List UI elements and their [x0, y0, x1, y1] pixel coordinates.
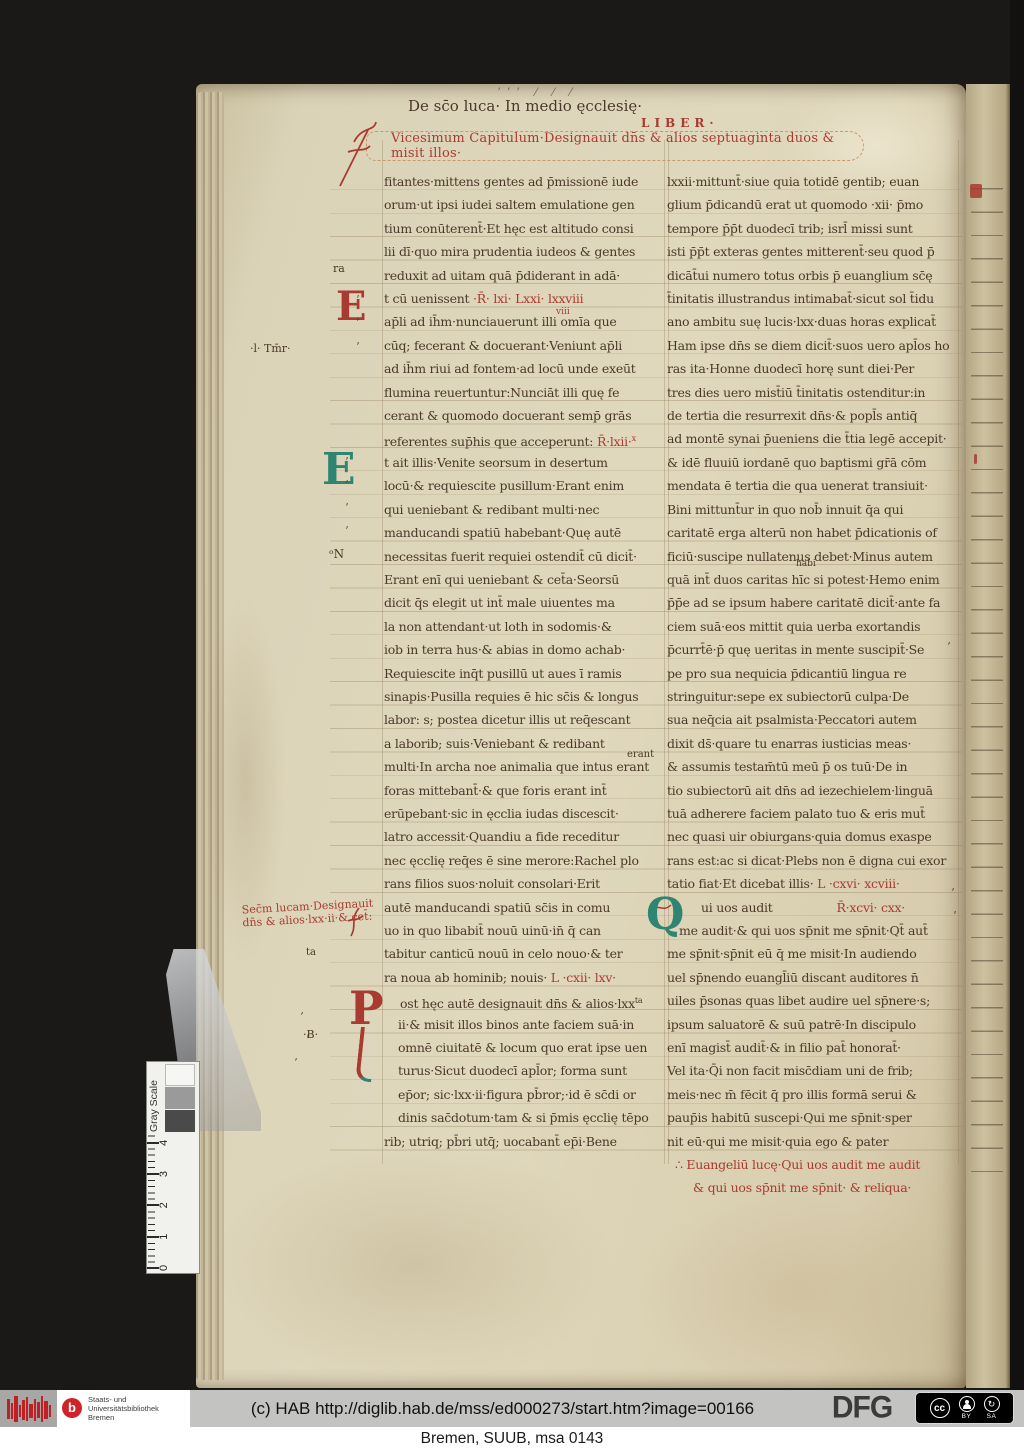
gray-patch-light: [165, 1064, 195, 1086]
footer-logo-bar: b Staats- und Universitätsbibliothek Bre…: [0, 1390, 1024, 1427]
manuscript-text-line: mendata ē tertia die qua uenerat transiu…: [667, 474, 959, 497]
manuscript-text-line: tio subiectorū ait dn̄s ad iezechielem·l…: [667, 779, 959, 802]
grayscale-reference-card: 01234 Gray Scale: [146, 1061, 200, 1274]
marginal-note: habi: [796, 558, 816, 571]
grayscale-card-wrap: 01234 Gray Scale: [146, 1061, 200, 1274]
adjacent-page-red-initial: [970, 184, 982, 198]
manuscript-text-line: lii dī·quo mira prudentia iudeos & gente…: [384, 240, 666, 263]
margin-citation-mark: ’: [345, 478, 349, 492]
library-name: Staats- und Universitätsbibliothek Breme…: [88, 1395, 159, 1422]
adjacent-page-text-fragments: [971, 170, 1003, 1174]
page-heading: De sc̄o luca· In medio ęcclesię·: [408, 97, 642, 115]
grayscale-patches: [165, 1063, 195, 1132]
manuscript-text-line: ad montē synai p̄ueniens die t̄tia legē …: [667, 427, 959, 450]
grayscale-label: Gray Scale: [148, 1080, 160, 1132]
manuscript-text-line: stringuitur:sepe ex subiectorū culpa·De: [667, 685, 959, 708]
manuscript-text-line: & assumis testam̄tū meū p̄ os tuū·De in: [667, 755, 959, 778]
cc-icon: cc: [930, 1398, 950, 1418]
cc-sa-label: SA: [987, 1413, 997, 1420]
manuscript-text-line: dicāt̄ui numero totus orbis p̄ euanglium…: [667, 264, 959, 287]
manuscript-text-line: nec quasi uir obiurgans·quia domus exasp…: [667, 825, 959, 848]
manuscript-text-line: fitantes·mittens gentes ad p̄missionē iu…: [384, 170, 666, 193]
digitized-manuscript-photo: ʼʼʼ ⁄ ⁄ ⁄ De sc̄o luca· In medio ęcclesi…: [0, 0, 1024, 1453]
manuscript-text-line: nec ęcclię req̄es ē sine merore:Rachel p…: [384, 849, 666, 872]
manuscript-text-line: Vel ita·Q̄i non facit misc̄diam uni de f…: [667, 1059, 959, 1082]
manuscript-text-line: sinapis·Pusilla requies ē hic sc̄is & lo…: [384, 685, 666, 708]
manuscript-text-line: t̄initatis illustrandus intimabat̄·sicut…: [667, 287, 959, 310]
margin-citation-mark: ’: [345, 501, 349, 515]
manuscript-text-line: lxxii·mittunt̄·siue quia totidē gentib; …: [667, 170, 959, 193]
manuscript-text-line: uel sp̄nendo euangl̄iū discant auditores…: [667, 966, 959, 989]
manuscript-text-line: ap̄li ad ih̄m·nunciauerunt illi omīa que: [384, 310, 666, 333]
manuscript-text-line: tatio fiat·Et dicebat illis· L ·cxvi· xc…: [667, 872, 959, 895]
manuscript-text-line: la non attendant·ut loth in sodomis·&: [384, 615, 666, 638]
manuscript-text-line: rans filios suos·noluit consolari·Erit: [384, 872, 666, 895]
manuscript-text-line: tres dies uero mist̄iū t̄initatis ostend…: [667, 381, 959, 404]
marginal-note: erant: [627, 748, 654, 761]
cc-by-label: BY: [962, 1413, 972, 1420]
text-column-left: fitantes·mittens gentes ad p̄missionē iu…: [384, 170, 666, 1153]
manuscript-text-line: isti p̄p̄t exteras gentes mitterent̄·seu…: [667, 240, 959, 263]
manuscript-text-line: cūq; fecerant & docuerant·Veniunt ap̄li: [384, 334, 666, 357]
manuscript-text-line: p̄currt̄ē·p̄ quę ueritas in mente suscip…: [667, 638, 959, 661]
manuscript-text-line: erūpebant·sic in ęcclia iudas discescit·: [384, 802, 666, 825]
manuscript-text-line: tuā adherere faciem palato tuo & eris mu…: [667, 802, 959, 825]
manuscript-text-line: Requiescite inq̄t pusillū ut aues ī rami…: [384, 662, 666, 685]
copyright-url-text: (c) HAB http://diglib.hab.de/mss/ed00027…: [195, 1390, 810, 1427]
gray-patch-mid: [165, 1087, 195, 1109]
manuscript-text-line: tium conūterent̄·Et hęc est altitudo con…: [384, 217, 666, 240]
illuminated-initial-q: Q: [646, 893, 684, 937]
manuscript-text-line: ano ambitu suę lucis·lxx·duas horas expl…: [667, 310, 959, 333]
manuscript-text-line: sua neq̄cia ait psalmista·Peccatori aute…: [667, 708, 959, 731]
manuscript-text-line: & idē fluuiū iordanē quo baptismi gr̄ā c…: [667, 451, 959, 474]
marginal-note: ᵒN: [329, 548, 344, 561]
margin-citation-mark: ’: [356, 293, 360, 307]
manuscript-text-line: ui uos auditR̄·xcvi· cxx·: [667, 896, 959, 919]
manuscript-text-line: ra noua ab hominib; nouis· L ·cxii· lxv·: [384, 966, 666, 989]
margin-citation-mark: ’: [356, 340, 360, 354]
marginal-note: viii: [556, 306, 570, 319]
manuscript-text-line: necessitas fuerit requiei ostendit̄ cū d…: [384, 545, 666, 568]
manuscript-text-line: rib; utriq; pb̄ri utq̄; uocabant̄ ep̄i·B…: [384, 1130, 666, 1153]
library-logo-box: b Staats- und Universitätsbibliothek Bre…: [57, 1390, 190, 1427]
manuscript-text-line: manducandi spatiū habebant·Quę autē: [384, 521, 666, 544]
chapter-rubric-banner: Vicesimum Capitulum·Designauit dn̄s & al…: [366, 131, 864, 161]
manuscript-text-line: enī magist̄ audit̄·& in filio pat̄ honor…: [667, 1036, 959, 1059]
adjacent-page-red-mark: [974, 454, 977, 464]
rubric-flourish-icon: [334, 118, 380, 190]
manuscript-text-line: latro accessit·Quandiu a fide receditur: [384, 825, 666, 848]
manuscript-text-line: orum·ut ipsi iudei saltem emulatione gen: [384, 193, 666, 216]
manuscript-text-line: foras mittebant̄·& que foris erant int̄: [384, 779, 666, 802]
manuscript-text-line: labor: s; postea dicetur illis ut req̄es…: [384, 708, 666, 731]
manuscript-text-line: turus·Sicut duodecī apl̄or; forma sunt: [384, 1059, 666, 1082]
manuscript-text-line: t ait illis·Venite seorsum in desertum: [384, 451, 666, 474]
manuscript-text-line: tabitur canticū nouū in celo nouo·& ter: [384, 942, 666, 965]
manuscript-text-line: paup̄is habitū suscepi·Qui me sp̄nit·spe…: [667, 1106, 959, 1129]
margin-citation-mark: ’: [345, 455, 349, 469]
library-name-line2: Universitätsbibliothek: [88, 1404, 159, 1413]
cc-sa-group: ↻ SA: [984, 1396, 1000, 1420]
manuscript-text-line: t cū uenissent ·R̄· lxi· Lxxi· lxxviii: [384, 287, 666, 310]
shelfmark-caption: Bremen, SUUB, msa 0143: [421, 1430, 604, 1447]
manuscript-text-line: uo in quo libabit̄ nouū uinū·in̄ q̄ can: [384, 919, 666, 942]
manuscript-text-line: uiles p̄sonas quas libet audire uel sp̄n…: [667, 989, 959, 1012]
manuscript-text-line: pe pro sua nequicia p̄dicantiū lingua re: [667, 662, 959, 685]
manuscript-text-line: cerant & quomodo docuerant semp̄ grās: [384, 404, 666, 427]
manuscript-text-line: dixit ds̄·quare tu enarras iusticias mea…: [667, 732, 959, 755]
illuminated-initial-e: E: [336, 287, 367, 327]
margin-citation-mark: ’: [356, 316, 360, 330]
cc-license-badge: cc BY ↻ SA: [915, 1392, 1014, 1424]
margin-citation-mark: ’: [306, 1032, 310, 1046]
manuscript-text-line: locū·& requiescite pusillum·Erant enim: [384, 474, 666, 497]
library-name-line3: Bremen: [88, 1413, 159, 1422]
liber-rubric: LIBER·: [641, 116, 719, 130]
manuscript-text-line: glium p̄dicandū erat ut quomodo ·xii· p̄…: [667, 193, 959, 216]
manuscript-text-line: ad ih̄m riui ad fontem·ad locū unde exeū…: [384, 357, 666, 380]
margin-citation-mark: ’: [294, 1056, 298, 1070]
manuscript-text-line: tempore p̄p̄t duodecī trib; isrl̄ missi …: [667, 217, 959, 240]
manuscript-text-line: multi·In archa noe animalia que intus er…: [384, 755, 666, 778]
illuminated-initial-e: E: [322, 448, 356, 492]
ruler-number: 2: [158, 1190, 170, 1208]
ruler-number: 3: [158, 1159, 170, 1177]
manuscript-text-line: omnē ciuitatē & locum quo erat ipse uen: [384, 1036, 666, 1059]
manuscript-text-line: iob in terra hus·& abias in domo achab·: [384, 638, 666, 661]
illuminated-initial-p: P: [349, 985, 384, 1031]
manuscript-text-line: flumina reuertuntur:Nunciāt illi quę fe: [384, 381, 666, 404]
manuscript-text-line: dicit q̄s elegit ut int̄ male uiuentes m…: [384, 591, 666, 614]
manuscript-text-line: ii·& misit illos binos ante faciem suā·i…: [384, 1013, 666, 1036]
manuscript-text-line: ipsum saluatorē & suū patrē·In discipulo: [667, 1013, 959, 1036]
library-name-line1: Staats- und: [88, 1395, 159, 1404]
manuscript-text-line: ost hęc autē designauit dn̄s & alios·lxx…: [384, 989, 666, 1012]
margin-citation-mark: ’: [951, 886, 955, 900]
manuscript-text-line: me audit·& qui uos sp̄nit me sp̄nit·Qt̄ …: [667, 919, 959, 942]
manuscript-text-line: de tertia die resurrexit dn̄s·& popl̄s a…: [667, 404, 959, 427]
manuscript-text-line: meis·nec m̄ fēcit q̄ pro illis formā ser…: [667, 1083, 959, 1106]
manuscript-text-line: Erant enī qui ueniebant & cet̄a·Seorsū: [384, 568, 666, 591]
book-gutter-shadow: [1010, 0, 1024, 1453]
manuscript-text-line: Bini mittunt̄ur in quo nob̄ innuit q̄a q…: [667, 498, 959, 521]
marginal-note: ra: [333, 262, 345, 275]
cc-by-person-icon: [959, 1396, 975, 1412]
chapter-rubric-text: Vicesimum Capitulum·Designauit dn̄s & al…: [391, 131, 863, 161]
page-stack-edge: [196, 92, 224, 1380]
suub-barcode-block: [0, 1390, 57, 1427]
manuscript-text-line: p̄p̄e ad se ipsum habere caritatē dicit̄…: [667, 591, 959, 614]
manuscript-text-line: ciem suā·eos mittit quia uerba exortandi…: [667, 615, 959, 638]
manuscript-text-line: dinis sac̄dotum·tam & si p̄mis ęcclię tē…: [384, 1106, 666, 1129]
margin-citation-mark: ’: [300, 1010, 304, 1024]
dfg-logo: DFG: [812, 1389, 912, 1428]
gray-patch-dark: [165, 1110, 195, 1132]
cc-by-group: BY: [959, 1396, 975, 1420]
manuscript-text-line: reduxit ad uitam quā p̄diderant in adā·: [384, 264, 666, 287]
manuscript-text-line: rans est:ac si dicat·Plebs non ē digna c…: [667, 849, 959, 872]
cc-sa-arrow-icon: ↻: [984, 1396, 1000, 1412]
marginal-note: ·l· Tm̄r·: [250, 342, 291, 355]
margin-citation-mark: ’: [345, 524, 349, 538]
suub-barcode-logo: [7, 1394, 51, 1424]
margin-citation-mark: ’: [947, 640, 951, 654]
library-monogram-icon: b: [62, 1398, 82, 1418]
margin-citation-mark: ’: [953, 909, 957, 923]
manuscript-text-line: Ham ipse dn̄s se diem dicit̄·suos uero a…: [667, 334, 959, 357]
manuscript-text-line: autē manducandi spatiū sc̄is in comu: [384, 896, 666, 919]
manuscript-text-line: referentes sup̄his que acceperunt: R̄·lx…: [384, 427, 666, 450]
manuscript-text-line: ∴ Euangeliū lucę·Qui uos audit me audit: [667, 1153, 959, 1176]
ruler-ticks: [148, 1133, 155, 1269]
manuscript-text-line: & qui uos sp̄nit me sp̄nit· & reliqua·: [667, 1176, 959, 1199]
marginal-note: ta: [306, 946, 316, 959]
ruler-number: 1: [158, 1222, 170, 1240]
manuscript-text-line: caritatē erga alterū non habet p̄dicatio…: [667, 521, 959, 544]
adjacent-page-edge: [966, 84, 1010, 1388]
ruler-number: 0: [158, 1253, 170, 1271]
shelfmark-caption-strip: Bremen, SUUB, msa 0143: [0, 1427, 1024, 1453]
text-column-right: lxxii·mittunt̄·siue quia totidē gentib; …: [667, 170, 959, 1200]
manuscript-text-line: a laborib; suis·Veniebant & redibant: [384, 732, 666, 755]
manuscript-text-line: quā int̄ duos caritas hīc si potest·Hemo…: [667, 568, 959, 591]
manuscript-text-line: me sp̄nit·sp̄nit eū q̄ me misit·In audie…: [667, 942, 959, 965]
manuscript-text-line: ras ita·Honne duodecī horę sunt diei·Per: [667, 357, 959, 380]
manuscript-text-line: qui ueniebant & redibant multi·nec: [384, 498, 666, 521]
manuscript-text-line: nit eū·qui me misit·quia ego & pater: [667, 1130, 959, 1153]
manuscript-text-line: ep̄or; sic·lxx·ii·figura pb̄ror;·id ē sc…: [384, 1083, 666, 1106]
